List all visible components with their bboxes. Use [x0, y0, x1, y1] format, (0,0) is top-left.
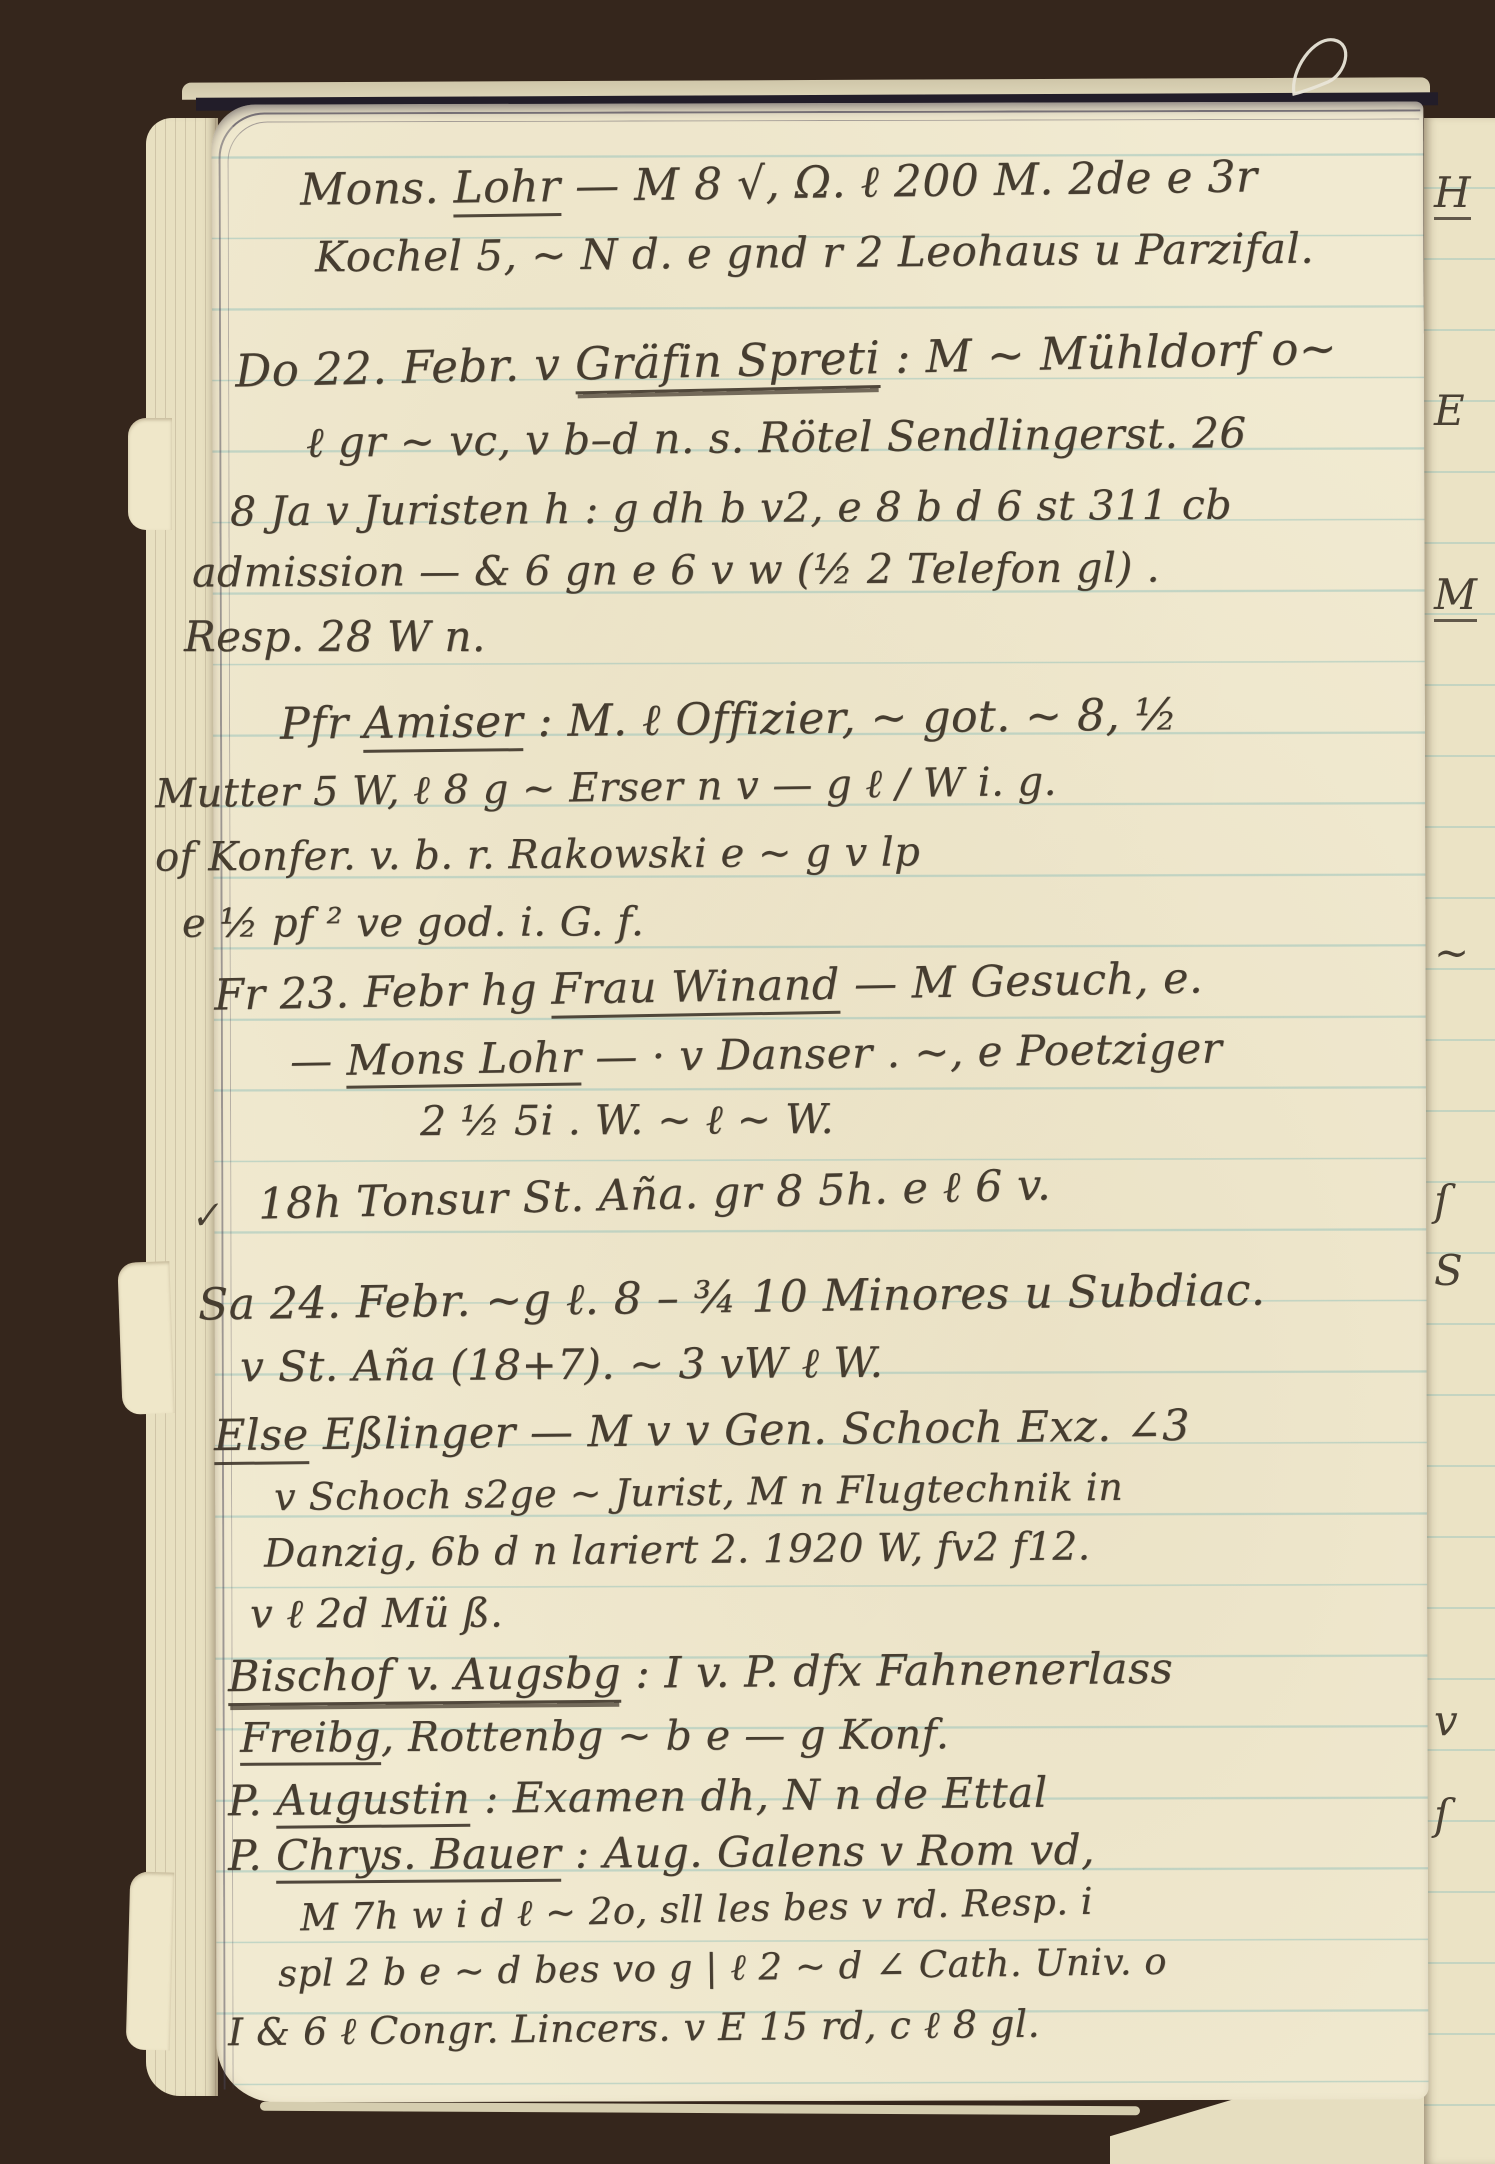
handwriting-line: — Mons Lohr — · v Danser . ~, e Poetzige… [290, 1023, 1223, 1085]
underlined-name: Frau Winand [551, 960, 841, 1019]
handwriting-line: Pfr Amiser : M. ℓ Offizier, ~ got. ~ 8, … [280, 689, 1178, 749]
handwriting-line: e ½ pf ² ve god. i. G. f. [182, 899, 644, 947]
handwriting-line: P. Chrys. Bauer : Aug. Galens v Rom vd, [228, 1825, 1095, 1880]
handwriting-line: Mutter 5 W, ℓ 8 g ~ Erser n v — g ℓ / W … [155, 758, 1057, 818]
handwriting-line: of Konfer. v. b. r. Rakowski e ~ g v lp [155, 829, 921, 880]
handwriting-line: I & 6 ℓ Congr. Lincers. v E 15 rd, c ℓ 8… [228, 2002, 1040, 2056]
underlined-name: Gräfin Spreti [574, 331, 881, 394]
handwriting-line: ℓ gr ~ vc, v b–d n. s. Rötel Sendlingers… [306, 408, 1247, 468]
underlined-name: Mons Lohr [346, 1032, 582, 1088]
handwriting-line: 18h Tonsur St. Aña. gr 8 5h. e ℓ 6 v. [258, 1160, 1052, 1229]
handwriting-line: 2 ½ 5i . W. ~ ℓ ~ W. [420, 1095, 834, 1145]
notebook-photo: HEM~ſSvſ Mons. Lohr — M 8 √, Ω. ℓ 200 M.… [0, 0, 1495, 2164]
handwriting-line: Do 22. Febr. v Gräfin Spreti : M ~ Mühld… [235, 321, 1338, 397]
handwriting-line: M 7h w i d ℓ ~ 2o, sll les bes v rd. Res… [300, 1880, 1094, 1941]
handwriting-line: 8 Ja v Juristen h : g dh b v2, e 8 b d 6… [230, 481, 1232, 536]
handwriting-line: Mons. Lohr — M 8 √, Ω. ℓ 200 M. 2de e 3r [300, 151, 1258, 215]
handwriting-line: Else Eßlinger — M v v Gen. Schoch Exz. ∠… [214, 1401, 1191, 1461]
underlined-name: Lohr [453, 161, 561, 217]
margin-check-mark: ✓ [187, 1194, 223, 1239]
underlined-name: Else [214, 1410, 309, 1465]
handwriting-line: Kochel 5, ~ N d. e gnd r 2 Leohaus u Par… [315, 224, 1315, 282]
handwriting-line: Fr 23. Febr hg Frau Winand — M Gesuch, e… [214, 953, 1204, 1020]
underlined-name: Bischof v. Augsbg [228, 1649, 622, 1706]
underlined-name: Augustin [276, 1774, 471, 1829]
handwriting-line: Resp. 28 W n. [184, 612, 486, 661]
handwriting-line: admission — & 6 gn e 6 v w (½ 2 Telefon … [192, 543, 1160, 596]
underlined-name: Freibg [240, 1713, 381, 1766]
handwriting-line: v ℓ 2d Mü ß. [250, 1590, 503, 1638]
handwriting-line: v St. Aña (18+7). ~ 3 vW ℓ W. [240, 1338, 884, 1392]
handwriting-line: Danzig, 6b d n lariert 2. 1920 W, fv2 f1… [264, 1524, 1091, 1576]
handwriting-line: P. Augustin : Examen dh, N n de Ettal [228, 1768, 1048, 1826]
handwriting-line: Freibg, Rottenbg ~ b e — g Konf. [240, 1710, 950, 1762]
handwriting-line: Bischof v. Augsbg : I v. P. dfx Fahnener… [228, 1644, 1174, 1702]
handwriting-line: v Schoch s2ge ~ Jurist, M n Flugtechnik … [274, 1465, 1124, 1519]
handwriting-line: Sa 24. Febr. ~g ℓ. 8 – ¾ 10 Minores u Su… [198, 1265, 1266, 1331]
underlined-name: Chrys. Bauer [276, 1829, 562, 1884]
handwriting-layer: Mons. Lohr — M 8 √, Ω. ℓ 200 M. 2de e 3r… [0, 0, 1495, 2164]
handwriting-line: spl 2 b e ~ d bes vo g | ℓ 2 ~ d ∠ Cath.… [278, 1940, 1168, 1996]
underlined-name: Amiser [363, 696, 524, 753]
